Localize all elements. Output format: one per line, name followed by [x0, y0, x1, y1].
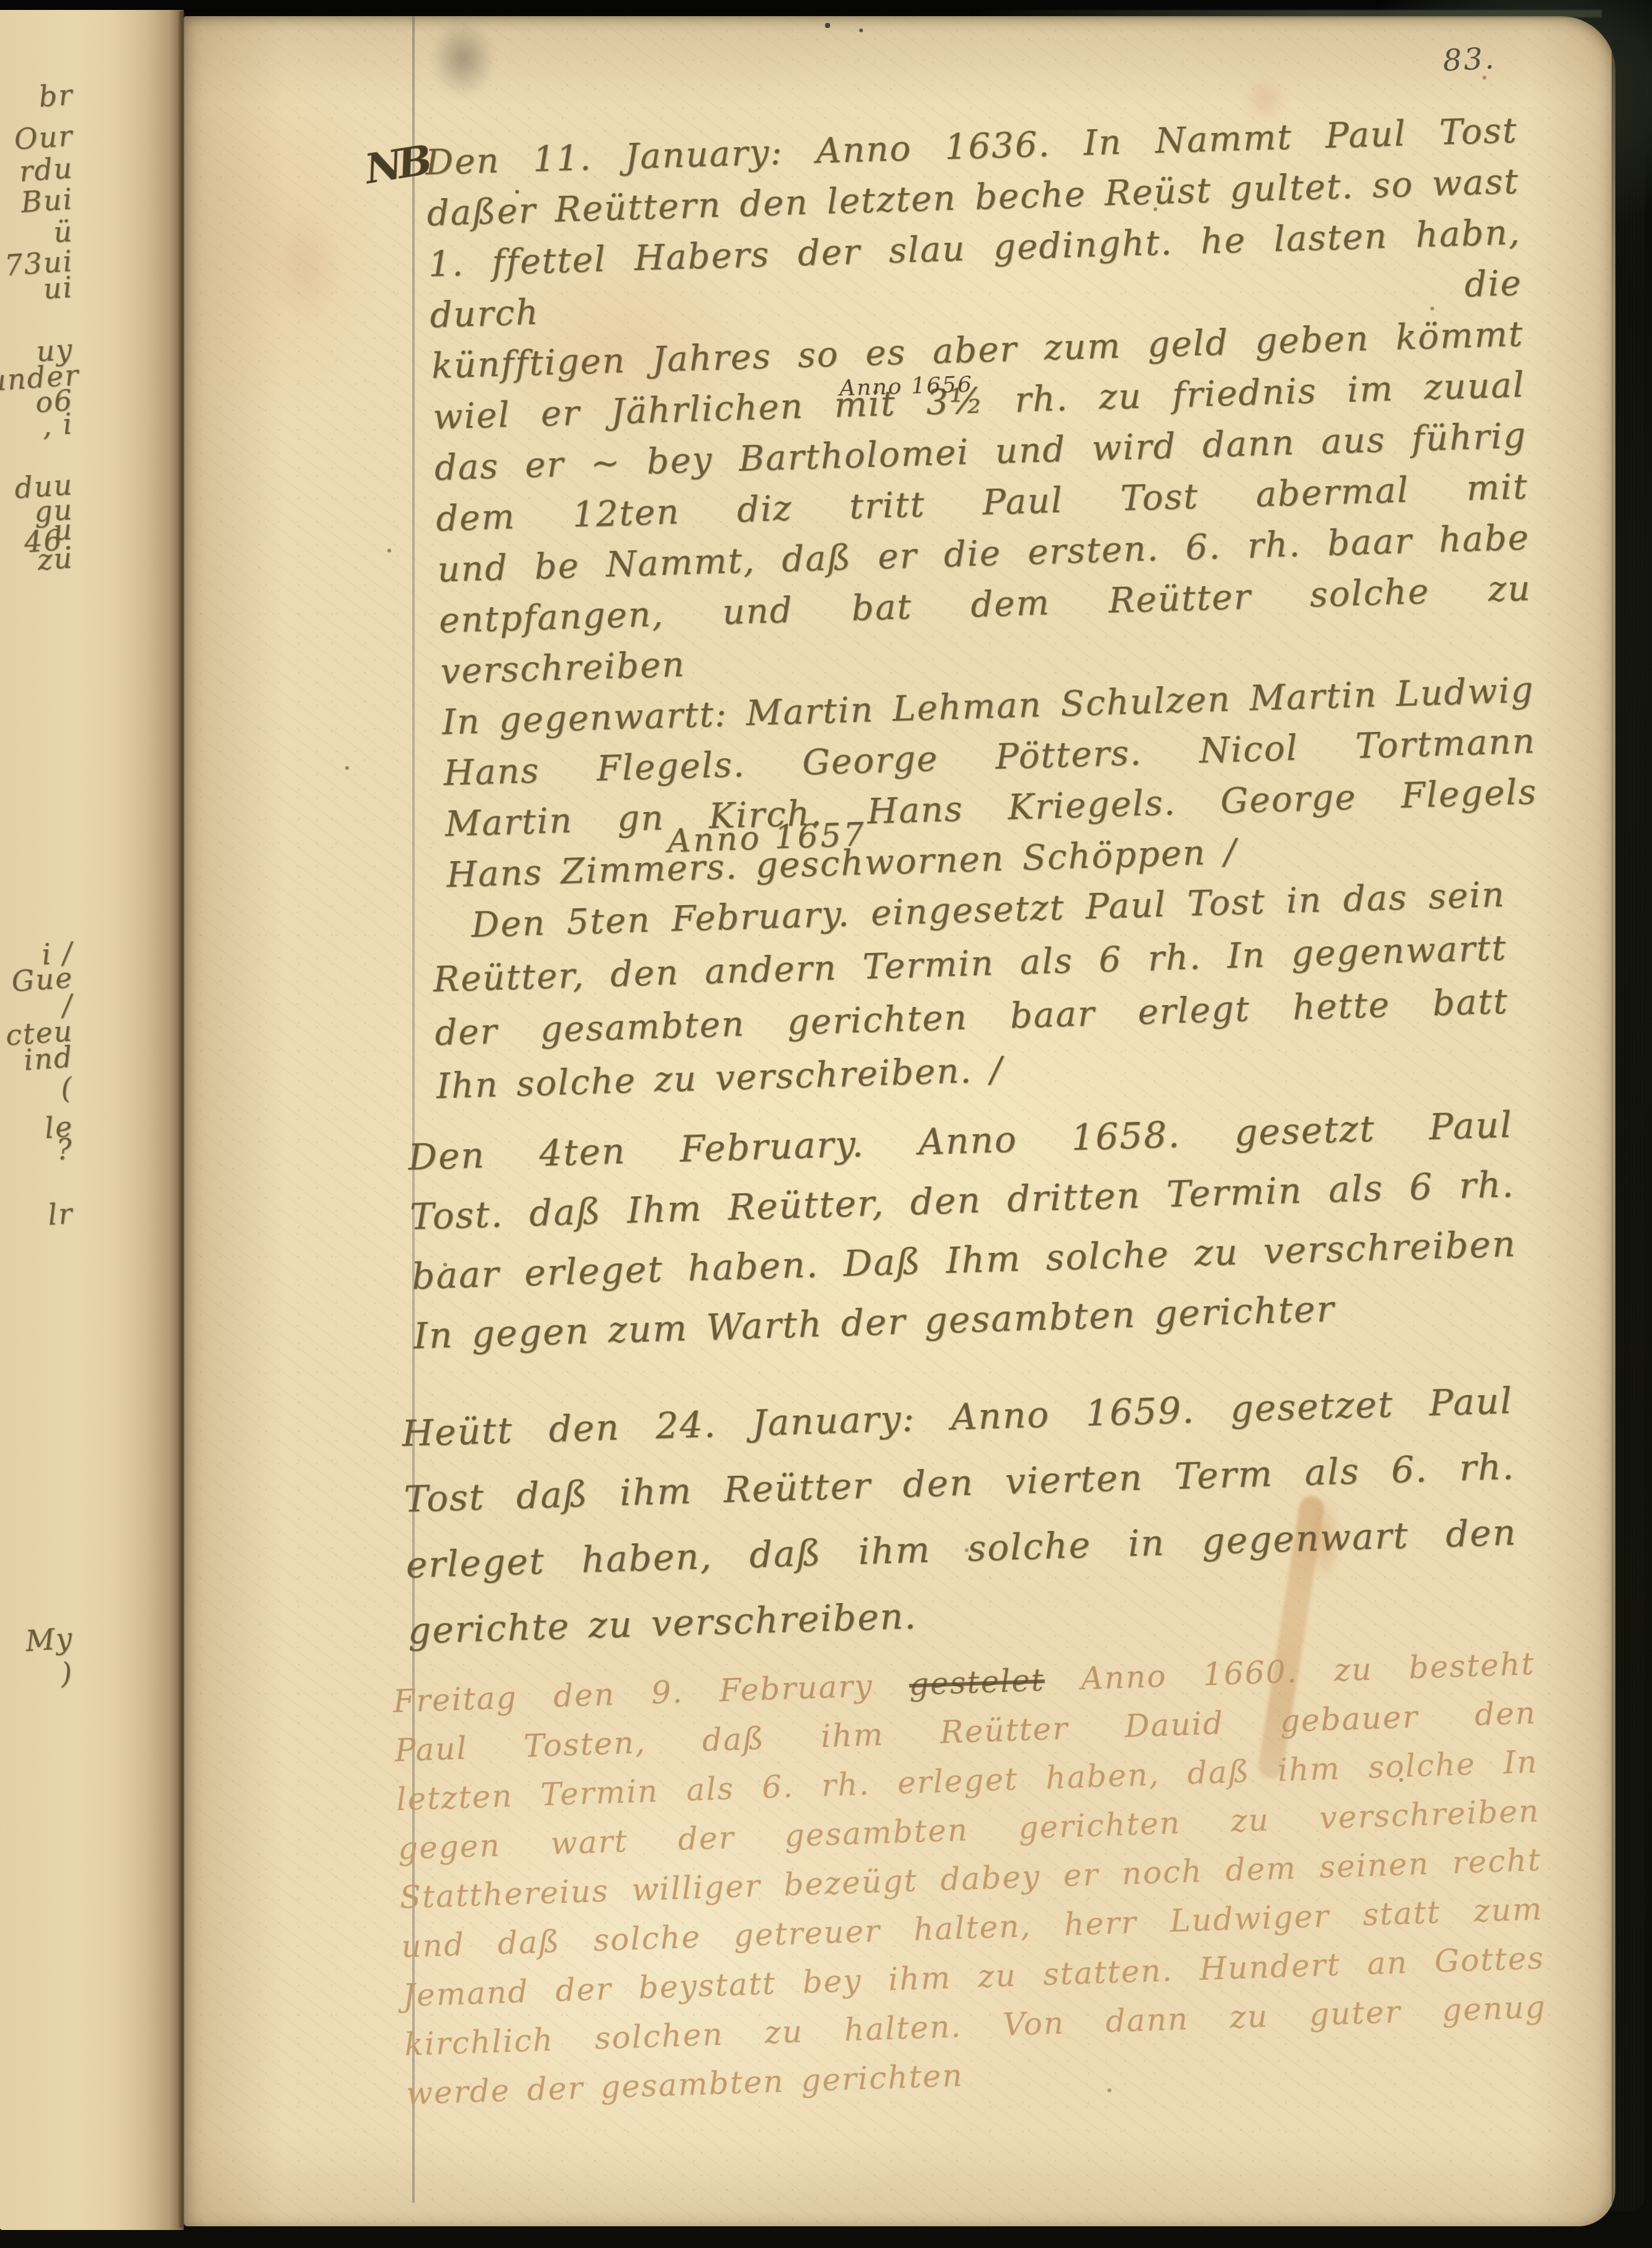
line-text: Anno 1660. zu besteht: [1044, 1646, 1535, 1698]
interlinear-note: Anno 1656: [839, 372, 973, 401]
cut-off-word-fragment: ): [0, 1656, 74, 1695]
foxing-stain: [256, 194, 355, 343]
manuscript-page: 83. NB Den 11. January: Anno 1636. In Na…: [184, 16, 1615, 2226]
facing-page-text-fragments: brOurrduBuiü73uiuiuyundero6, iduuguu46.z…: [0, 0, 184, 2248]
ink-smudge-stain: [431, 20, 495, 98]
entry-1659: Heütt den 24. January: Anno 1659. gesetz…: [401, 1368, 1520, 1664]
cut-off-word-fragment: ui: [0, 270, 74, 309]
cut-off-word-fragment: ?: [0, 1132, 74, 1171]
entry-1658: Den 4ten February. Anno 1658. gesetzt Pa…: [407, 1095, 1519, 1366]
manuscript-book-scan: brOurrduBuiü73uiuiuyundero6, iduuguu46.z…: [0, 0, 1652, 2248]
cut-off-word-fragment: My: [0, 1621, 74, 1660]
struck-word: gestelet: [908, 1662, 1045, 1702]
cut-off-word-fragment: lr: [0, 1196, 74, 1235]
book-block-page-edges: [1612, 40, 1645, 2211]
nota-bene-mark: NB: [362, 136, 431, 194]
entry-1636: Den 11. January: Anno 1636. In Nammt Pau…: [425, 106, 1540, 901]
cut-off-word-fragment: br: [0, 78, 74, 117]
book-cover-edge: [968, 10, 1602, 17]
page-number: 83.: [1442, 38, 1543, 78]
entry-1657: Den 5ten February. eingesetzt Paul Tost …: [431, 869, 1510, 1114]
cut-off-word-fragment: (: [0, 1071, 74, 1110]
entry-heading-1657: Anno 1657: [667, 816, 867, 860]
cut-off-word-fragment: zu: [0, 541, 74, 580]
cut-off-word-fragment: , i: [0, 407, 74, 446]
entry-1660: Freitag den 9. February gestelet Anno 16…: [392, 1640, 1549, 2119]
